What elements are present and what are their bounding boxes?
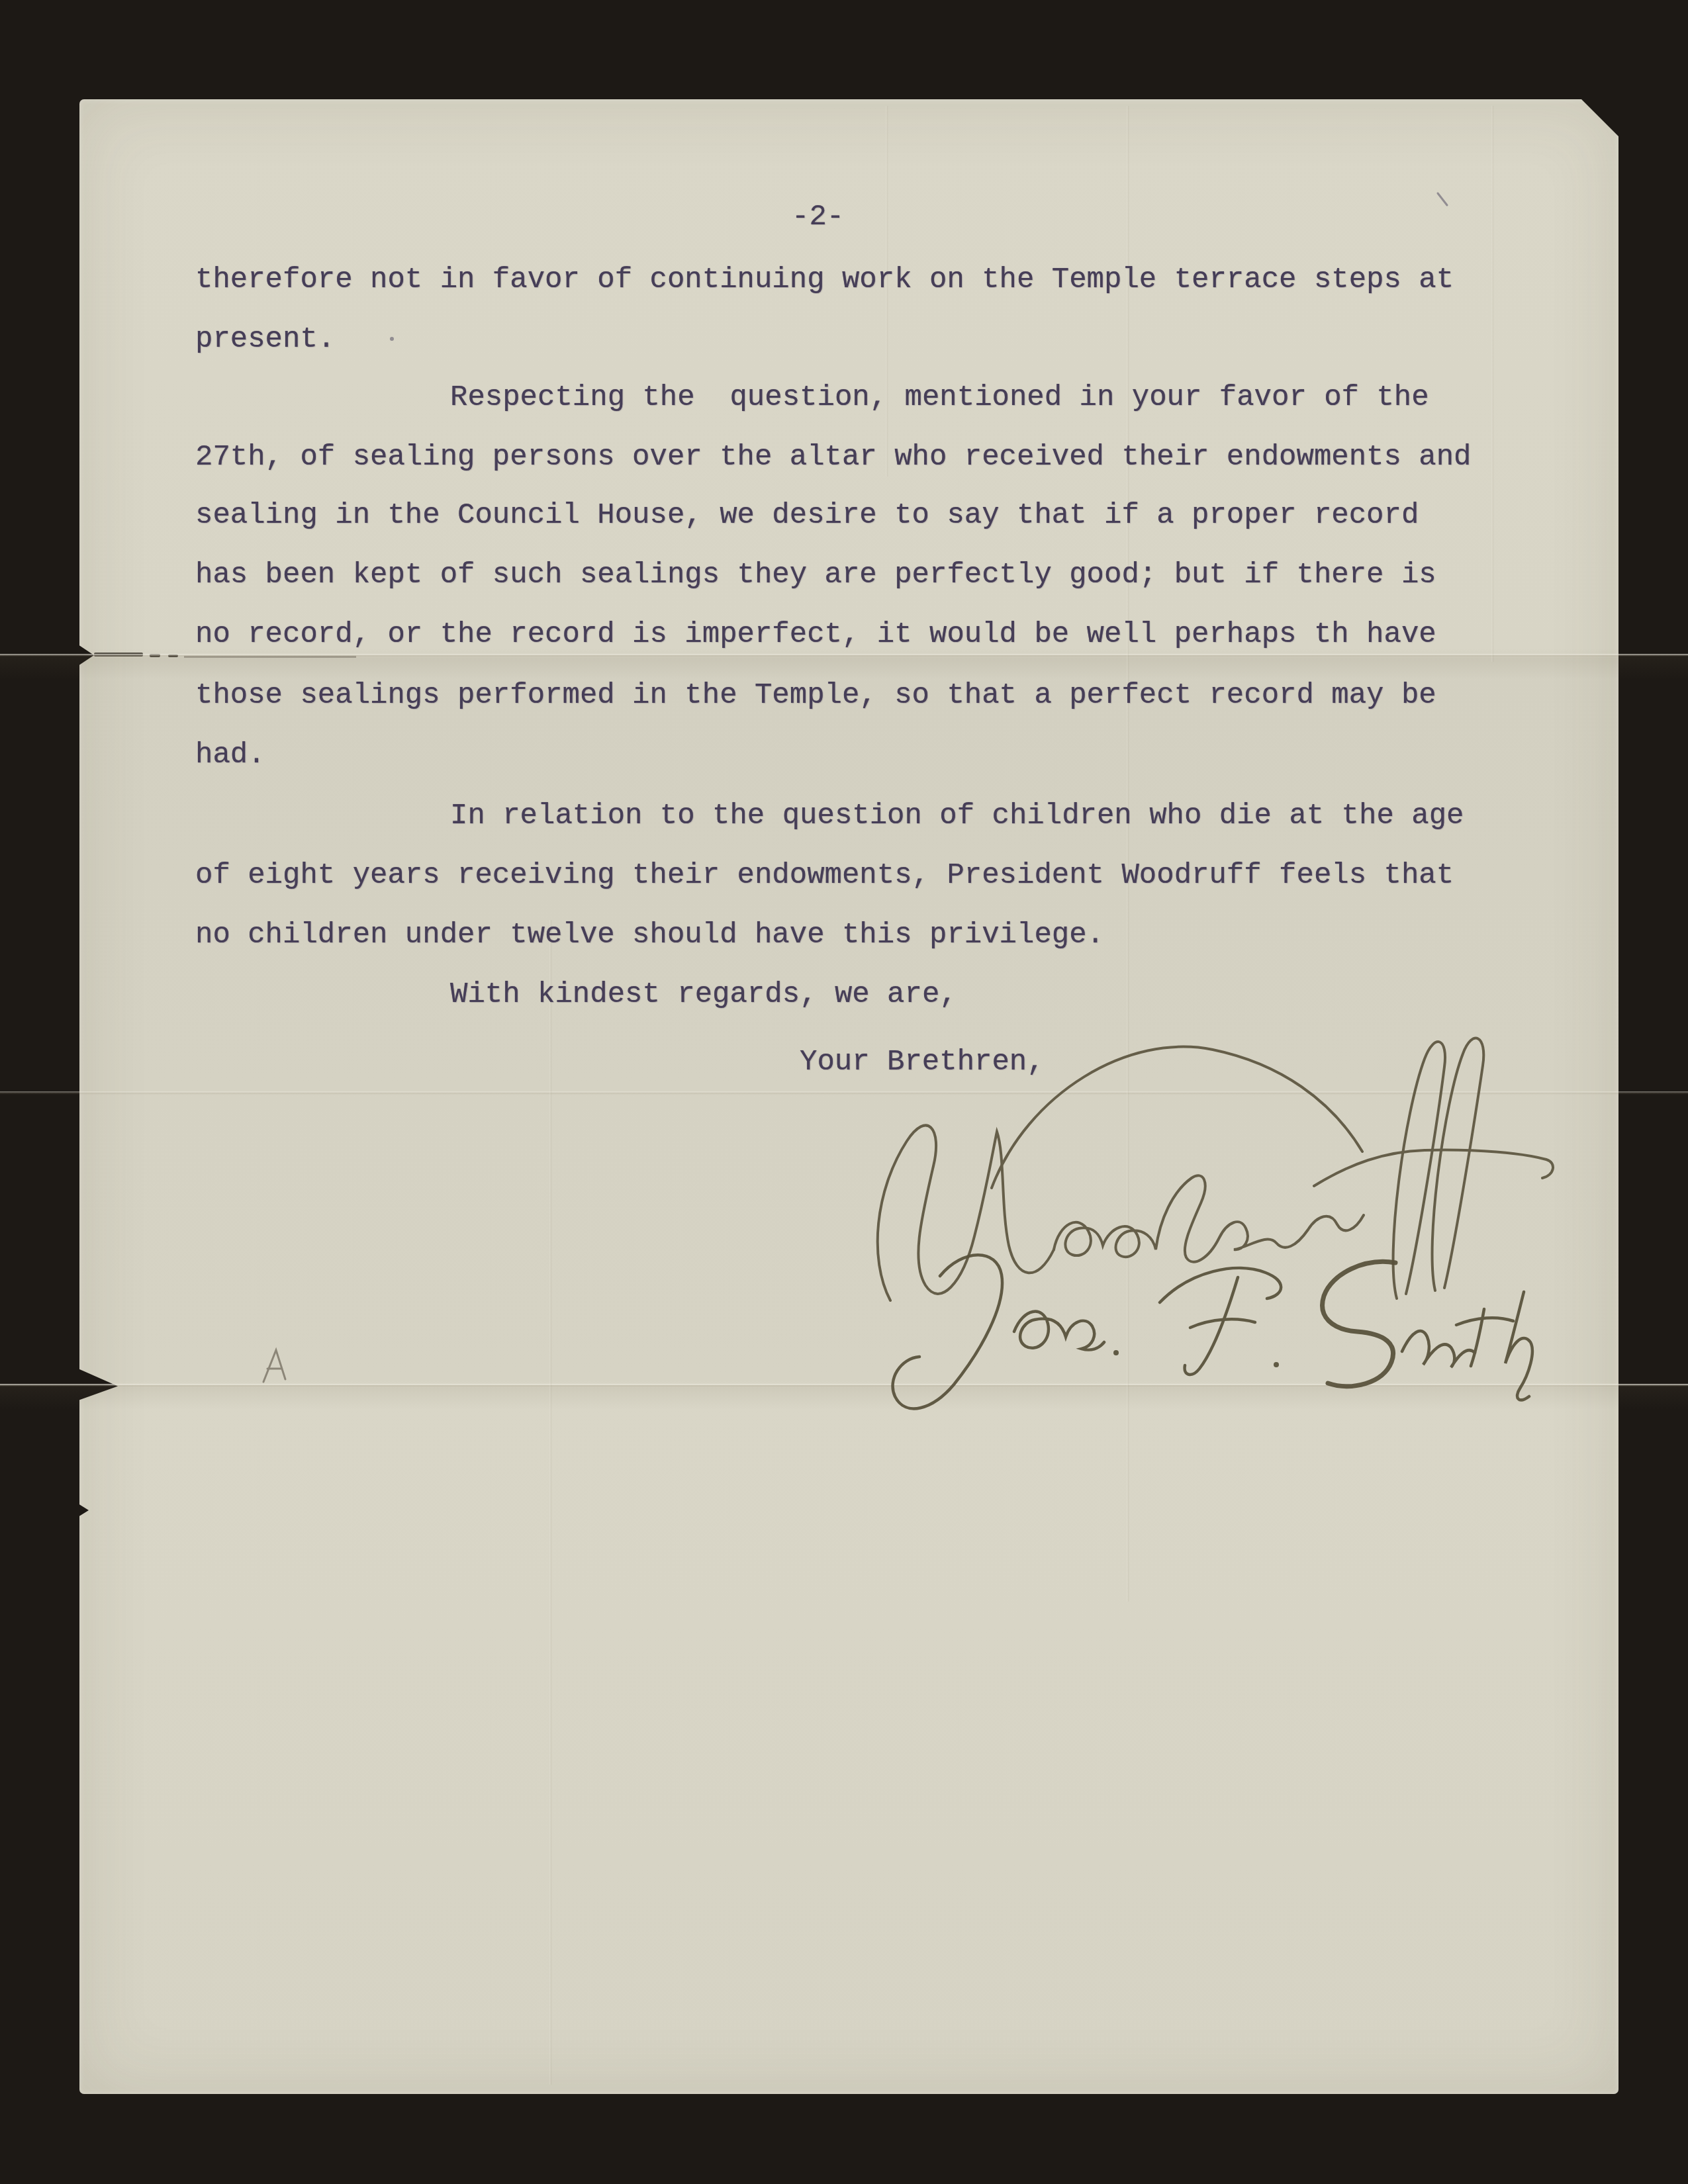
fold-dash (150, 654, 160, 657)
typewritten-line: no record, or the record is imperfect, i… (195, 618, 1436, 651)
typewritten-line: 27th, of sealing persons over the altar … (195, 441, 1472, 474)
typewritten-line: those sealings performed in the Temple, … (195, 679, 1436, 712)
fold-dash (168, 655, 178, 657)
paper-corner-cut (1581, 99, 1618, 136)
typewritten-line: had. (195, 739, 265, 772)
paper-tear-notch (78, 645, 94, 666)
fold-dash (184, 656, 356, 658)
typewritten-line: present. (195, 323, 335, 356)
typewritten-line: of eight years receiving their endowment… (195, 859, 1454, 892)
typewritten-line: Respecting the question, mentioned in yo… (450, 381, 1429, 414)
typewritten-line: With kindest regards, we are, (450, 978, 957, 1011)
typewritten-line: therefore not in favor of continuing wor… (195, 263, 1454, 296)
typewritten-line: In relation to the question of children … (450, 799, 1464, 833)
paper-tear-notch (78, 1504, 89, 1517)
paper-tear-notch (78, 1369, 118, 1400)
page-number: -2- (792, 201, 844, 234)
typewritten-line: Your Brethren, (800, 1046, 1045, 1079)
fold-dash (94, 653, 143, 657)
typewritten-line: has been kept of such sealings they are … (195, 559, 1436, 592)
typewritten-line: sealing in the Council House, we desire … (195, 499, 1419, 532)
typewritten-line: no children under twelve should have thi… (195, 919, 1104, 952)
